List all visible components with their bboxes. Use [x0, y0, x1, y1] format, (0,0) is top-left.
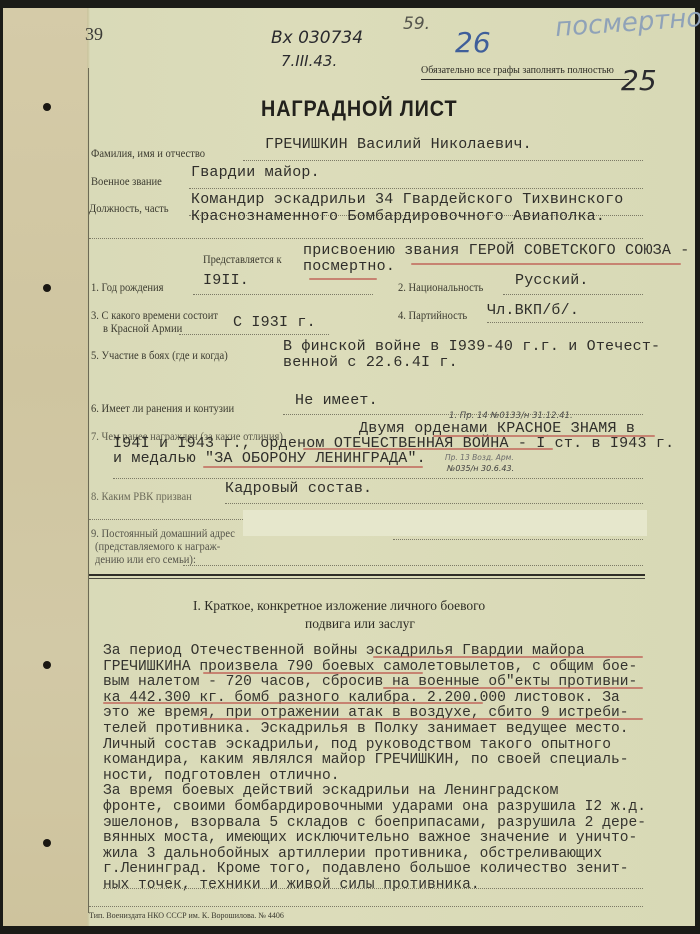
instruction-text: Обязательно все графы заполнять полность…: [421, 65, 614, 76]
posthumous-note: посмертно: [554, 3, 700, 43]
party-value: Чл.ВКП/б/.: [487, 302, 579, 319]
position-value-line1: Командир эскадрильи 34 Гвардейского Тихв…: [191, 191, 623, 208]
printer-imprint: Тип. Воениздата НКО СССР им. К. Ворошило…: [89, 911, 284, 920]
address-line: [393, 539, 643, 540]
note-25: 25: [621, 64, 657, 97]
red-underline: [373, 656, 643, 658]
award-sheet: 39 Вх 030734 7.III.43. 59. 26 посмертно …: [3, 8, 695, 926]
narrative-line: г.Ленинград. Кроме того, подавлено больш…: [103, 862, 693, 878]
birth-year-line: [193, 294, 373, 295]
incoming-number: Вх 030734: [271, 28, 363, 48]
name-value: ГРЕЧИШКИН Василий Николаевич.: [265, 136, 532, 153]
redacted-address: [243, 510, 647, 536]
margin-rule: [88, 68, 89, 913]
narrative-line: ных точек, техники и живой силы противни…: [103, 878, 693, 894]
rank-value: Гвардии майор.: [191, 164, 320, 181]
page-title: НАГРАДНОЙ ЛИСТ: [261, 96, 457, 122]
nominated-value-line1: присвоению звания ГЕРОЙ СОВЕТСКОГО СОЮЗА…: [303, 242, 689, 259]
blank-line: [89, 906, 643, 907]
narrative-line: ности, подготовлен отлично.: [103, 769, 693, 785]
service-since-value: С I93I г.: [233, 314, 316, 331]
narrative-line: телей противника. Эскадрилья в Полку зан…: [103, 722, 693, 738]
red-underline: [203, 672, 423, 674]
party-line: [487, 322, 643, 323]
rank-label: Военное звание: [91, 174, 162, 189]
nationality-value: Русский.: [515, 272, 589, 289]
address-line: [183, 565, 643, 566]
combat-value-line2: венной с 22.6.4I г.: [283, 354, 458, 371]
narrative-line: командира, каким являлся майор ГРЕЧИШКИН…: [103, 753, 693, 769]
blank-line: [103, 888, 643, 889]
punch-hole-icon: [43, 661, 51, 669]
award-note-2b: №035/н 30.6.43.: [447, 464, 514, 473]
nominated-label: Представляется к: [203, 252, 282, 267]
nationality-line: [503, 294, 643, 295]
wounds-value: Не имеет.: [295, 392, 378, 409]
red-underline: [103, 702, 483, 704]
narrative-line: вянных моста, имеющих исключительно важн…: [103, 831, 693, 847]
awards-line: [113, 478, 643, 479]
wounds-label: 6. Имеет ли ранения и контузии: [91, 401, 234, 416]
service-since-label-line2: в Красной Армии: [103, 321, 182, 336]
name-label: Фамилия, имя и отчество: [91, 146, 205, 161]
narrative-line: фронте, своими бомбардировочными ударами…: [103, 800, 693, 816]
combat-value-line1: В финской войне в I939-40 г.г. и Отечест…: [283, 338, 660, 355]
nationality-label: 2. Национальность: [398, 280, 483, 295]
punch-hole-icon: [43, 284, 51, 292]
page-number: 39: [85, 24, 103, 45]
section-divider: [89, 578, 645, 579]
birth-year-label: 1. Год рождения: [91, 280, 164, 295]
left-margin-strip: [3, 8, 87, 926]
incoming-date: 7.III.43.: [281, 52, 337, 70]
section1-heading-line2: подвига или заслуг: [305, 616, 415, 632]
narrative-line: За время боевых действий эскадрильи на Л…: [103, 784, 693, 800]
note-59: 59.: [403, 14, 430, 34]
narrative-line: эшелонов, взорвала 5 складов с боеприпас…: [103, 816, 693, 832]
red-underline: [411, 263, 681, 265]
address-label-line3: дению или его семьи):: [95, 552, 196, 567]
narrative-line: жила 3 дальнобойных артиллерии противник…: [103, 847, 693, 863]
previous-awards-value-line3: и медалью "ЗА ОБОРОНУ ЛЕНИНГРАДА".: [113, 450, 426, 467]
narrative-line: Личный состав эскадрильи, под руководств…: [103, 738, 693, 754]
rank-line: [189, 188, 643, 189]
position-label: Должность, часть: [89, 201, 169, 216]
section1-narrative: За период Отечественной войны эскадрилья…: [103, 644, 693, 894]
red-underline: [303, 448, 553, 450]
draft-office-value: Кадровый состав.: [225, 480, 372, 497]
position-value-line2: Краснознаменного Бомбардировочного Авиап…: [191, 208, 605, 225]
nominated-value-line2: посмертно.: [303, 258, 395, 275]
red-underline: [383, 687, 643, 689]
punch-hole-icon: [43, 839, 51, 847]
combat-label: 5. Участие в боях (где и когда): [91, 348, 228, 363]
draft-office-line: [225, 503, 643, 504]
instruction-underline: [421, 79, 629, 80]
party-label: 4. Партийность: [398, 308, 467, 323]
section-divider: [89, 574, 645, 576]
red-underline: [433, 435, 655, 437]
birth-year-value: I9II.: [203, 272, 249, 289]
award-note-2a: Пр. 13 Возд. Арм.: [445, 453, 514, 462]
red-underline: [203, 718, 643, 720]
divider-line: [89, 238, 643, 239]
draft-office-label: 8. Каким РВК призван: [91, 489, 192, 504]
red-underline: [309, 278, 377, 280]
name-line: [243, 160, 643, 161]
service-since-line: [179, 334, 329, 335]
note-26: 26: [455, 26, 491, 59]
punch-hole-icon: [43, 103, 51, 111]
red-underline: [203, 466, 423, 468]
section1-heading-line1: I. Краткое, конкретное изложение личного…: [193, 598, 485, 614]
